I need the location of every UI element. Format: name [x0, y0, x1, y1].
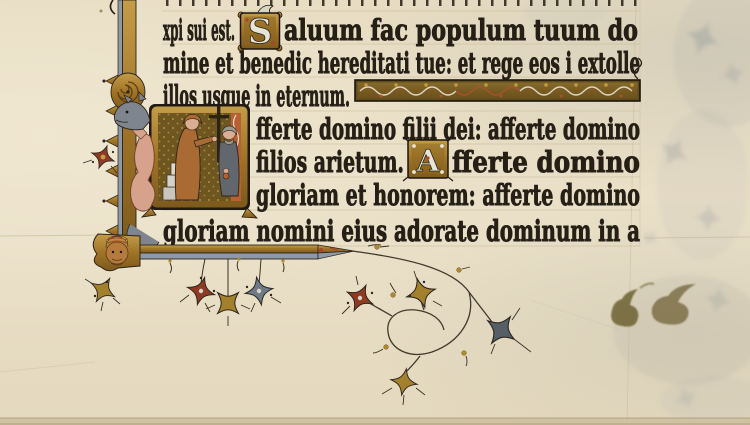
corner-head — [93, 234, 140, 271]
historiated-initial-a — [142, 104, 257, 218]
initial-s-letter: S — [248, 12, 273, 52]
text-line-5-segment-a: filios arietum. — [256, 145, 404, 179]
bottom-border-bar — [117, 245, 354, 259]
text-line-5-segment-b: fferte domino — [452, 145, 640, 179]
page-bottom-edge — [0, 418, 750, 425]
sprig-leaf-slate — [243, 275, 281, 312]
margin-leaf-gold-bottom — [85, 272, 121, 311]
text-line-1: xpi sui est. aluum fac populum tuum do — [163, 13, 638, 47]
initial-a-small-letter: A — [415, 144, 440, 179]
initial-a-small: A — [403, 137, 453, 181]
margin-star-left — [83, 142, 118, 173]
text-line-1-segment-a: xpi sui est. — [163, 13, 235, 47]
vine-leaf-vermilion — [341, 276, 378, 317]
text-line-1-segment-b: aluum fac populum tuum do — [284, 13, 638, 47]
manuscript-art: xpi sui est. aluum fac populum tuum do m… — [0, 0, 750, 425]
vine-leaf-gold-trefoil — [382, 367, 425, 405]
vine-gold-dots — [373, 245, 470, 366]
manuscript-page: xpi sui est. aluum fac populum tuum do m… — [0, 0, 750, 425]
initial-s: S — [238, 5, 282, 52]
text-line-7: gloriam nomini eius adorate dominum in a — [163, 214, 640, 248]
vine-flourish — [352, 245, 492, 374]
text-line-2: mine et benedic hereditati tue: et rege … — [163, 46, 640, 80]
text-line-6: gloriam et honorem: afferte domino — [256, 178, 640, 212]
